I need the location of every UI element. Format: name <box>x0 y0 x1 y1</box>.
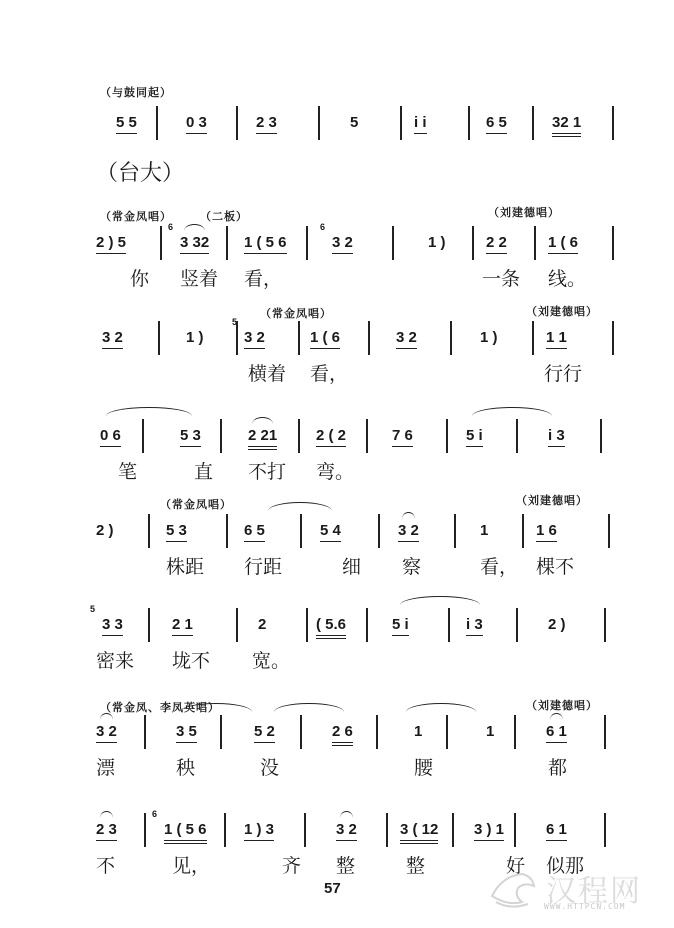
barline <box>148 608 150 642</box>
note-group: 0 6 <box>100 427 121 444</box>
barline <box>306 608 308 642</box>
barline <box>318 106 320 140</box>
tie-slur <box>550 713 563 720</box>
lyric-text: 你 <box>130 264 149 291</box>
note-group: 3 2 <box>396 329 417 346</box>
note-group: 5 2 <box>254 723 275 740</box>
note-digits: 3 ( 12 <box>400 821 438 838</box>
tie-slur <box>184 224 205 231</box>
lyric-text: 见， <box>172 851 210 878</box>
note-group: 3 326 <box>180 234 209 251</box>
note-digits: 1 <box>486 723 494 740</box>
barline <box>366 608 368 642</box>
dragon-logo-icon <box>488 866 538 910</box>
phrase-slur <box>274 703 344 712</box>
note-digits: 3 2 <box>96 723 117 740</box>
note-group: 2 6 <box>332 723 353 740</box>
barline <box>220 419 222 453</box>
grace-note: 6 <box>168 222 173 232</box>
note-group: i 3 <box>466 616 483 633</box>
singer-annotation: （刘建德唱） <box>526 303 598 319</box>
tie-slur <box>252 417 273 424</box>
barline <box>304 813 306 847</box>
note-group: 1 ) <box>480 329 498 346</box>
note-digits: 1 ) <box>186 329 204 346</box>
note-digits: ( 5.6 <box>316 616 346 633</box>
note-digits: 2 <box>258 616 266 633</box>
lyric-text: 不打 <box>248 457 286 484</box>
grace-note: 5 <box>90 604 95 614</box>
barline <box>534 226 536 260</box>
lyric-text: 行距 <box>244 552 282 579</box>
note-digits: 2 1 <box>172 616 193 633</box>
note-group: 5 3 <box>180 427 201 444</box>
note-group: 1 6 <box>536 522 557 539</box>
lyric-text: 线。 <box>548 264 586 291</box>
lyric-text: 直 <box>194 457 213 484</box>
lyric-text: 不 <box>96 851 115 878</box>
note-digits: 3 5 <box>176 723 197 740</box>
barline <box>224 813 226 847</box>
lyric-text: 行行 <box>544 359 582 386</box>
watermark-url: WWW.HTTPCN.COM <box>544 902 625 911</box>
barline <box>366 419 368 453</box>
note-digits: 3 2 <box>102 329 123 346</box>
note-digits: 2 6 <box>332 723 353 740</box>
score-page: （与鼓同起）5 50 32 35i i6 532 1（台大）（常金凤唱）（二板）… <box>0 0 674 928</box>
note-group: 5 5 <box>116 114 137 131</box>
singer-annotation: （常金凤唱） <box>100 208 172 224</box>
note-digits: 1 <box>480 522 488 539</box>
tie-slur <box>100 713 113 720</box>
lyric-text: 秧 <box>176 753 195 780</box>
note-group: 3 2 <box>398 522 419 539</box>
note-digits: 7 6 <box>392 427 413 444</box>
note-group: 2 ( 2 <box>316 427 346 444</box>
barline <box>298 419 300 453</box>
barline <box>378 514 380 548</box>
note-group: 2 1 <box>172 616 193 633</box>
lyric-text: 齐 <box>282 851 301 878</box>
note-digits: 2 3 <box>256 114 277 131</box>
barline <box>160 226 162 260</box>
phrase-slur <box>400 596 480 605</box>
note-group: ( 5.6 <box>316 616 346 633</box>
barline <box>532 321 534 355</box>
note-digits: 3 ) 1 <box>474 821 504 838</box>
note-group: 3 2 <box>102 329 123 346</box>
note-digits: 1 ( 5 6 <box>244 234 287 251</box>
barline <box>236 106 238 140</box>
note-digits: 1 1 <box>546 329 567 346</box>
note-digits: 5 5 <box>116 114 137 131</box>
note-digits: 3 2 <box>332 234 353 251</box>
note-group: 2 ) <box>548 616 566 633</box>
note-group: 2 <box>258 616 266 633</box>
barline <box>532 106 534 140</box>
note-group: i i <box>414 114 427 131</box>
note-group: 1 ) <box>428 234 446 251</box>
note-group: 1 ( 6 <box>548 234 578 251</box>
barline <box>236 608 238 642</box>
barline <box>604 608 606 642</box>
barline <box>400 106 402 140</box>
lyric-text: 整 <box>406 851 425 878</box>
phrase-slur <box>268 502 332 511</box>
note-group: 3 ) 1 <box>474 821 504 838</box>
lyric-text: 棵不 <box>536 552 574 579</box>
singer-annotation: （二板） <box>200 208 248 224</box>
note-digits: 3 3 <box>102 616 123 633</box>
barline <box>226 514 228 548</box>
lyric-text: 看， <box>310 359 348 386</box>
note-group: 5 3 <box>166 522 187 539</box>
note-group: 2 21 <box>248 427 277 444</box>
note-digits: 2 3 <box>96 821 117 838</box>
barline <box>450 321 452 355</box>
barline <box>298 321 300 355</box>
barline <box>468 106 470 140</box>
barline <box>608 514 610 548</box>
note-group: 3 25 <box>244 329 265 346</box>
phrase-slur <box>180 703 252 712</box>
note-digits: 6 5 <box>244 522 265 539</box>
note-group: 1 ( 5 6 <box>244 234 287 251</box>
lyric-text: 都 <box>548 753 567 780</box>
lyric-text: 横着 <box>248 359 286 386</box>
lyric-text: 密来 <box>96 646 134 673</box>
note-group: 3 35 <box>102 616 123 633</box>
note-digits: 1 ( 6 <box>548 234 578 251</box>
note-digits: 0 3 <box>186 114 207 131</box>
note-digits: 6 1 <box>546 821 567 838</box>
note-digits: i 3 <box>548 427 565 444</box>
barline <box>376 715 378 749</box>
note-digits: 1 ) <box>480 329 498 346</box>
note-digits: 3 2 <box>396 329 417 346</box>
lyric-text: 一条 <box>482 264 520 291</box>
note-digits: 32 1 <box>552 114 581 131</box>
note-digits: 3 32 <box>180 234 209 251</box>
barline <box>448 608 450 642</box>
note-group: 3 ( 12 <box>400 821 438 838</box>
barline <box>144 813 146 847</box>
note-digits: 1 ) 3 <box>244 821 274 838</box>
note-digits: 3 2 <box>244 329 265 346</box>
note-group: 5 i <box>466 427 483 444</box>
barline <box>368 321 370 355</box>
barline <box>220 715 222 749</box>
note-digits: 5 4 <box>320 522 341 539</box>
singer-annotation: （刘建德唱） <box>516 492 588 508</box>
barline <box>612 226 614 260</box>
note-digits: 1 ( 5 6 <box>164 821 207 838</box>
note-group: 1 ( 5 66 <box>164 821 207 838</box>
note-group: 2 3 <box>96 821 117 838</box>
note-digits: 5 3 <box>166 522 187 539</box>
lyric-text: 漂 <box>96 753 115 780</box>
note-digits: 0 6 <box>100 427 121 444</box>
lyric-text: 株距 <box>166 552 204 579</box>
barline <box>472 226 474 260</box>
note-group: 3 26 <box>332 234 353 251</box>
note-group: 2 3 <box>256 114 277 131</box>
note-group: 5 i <box>392 616 409 633</box>
note-digits: 3 2 <box>336 821 357 838</box>
lyric-text: 察 <box>402 552 421 579</box>
note-digits: 5 i <box>392 616 409 633</box>
lyric-text: 弯。 <box>316 457 354 484</box>
note-group: 7 6 <box>392 427 413 444</box>
barline <box>612 106 614 140</box>
barline <box>446 715 448 749</box>
barline <box>392 226 394 260</box>
lyric-text: 整 <box>336 851 355 878</box>
note-digits: 3 2 <box>398 522 419 539</box>
note-group: 2 ) 5 <box>96 234 126 251</box>
barline <box>306 226 308 260</box>
lyric-text: 笔 <box>118 457 137 484</box>
note-group: 2 ) <box>96 522 114 539</box>
phrase-slur <box>106 407 192 416</box>
page-number: 57 <box>324 880 341 897</box>
note-group: 5 4 <box>320 522 341 539</box>
barline <box>300 715 302 749</box>
barline <box>516 419 518 453</box>
barline <box>514 715 516 749</box>
barline <box>300 514 302 548</box>
note-group: 1 ( 6 <box>310 329 340 346</box>
note-group: 3 5 <box>176 723 197 740</box>
note-group: 3 2 <box>336 821 357 838</box>
singer-annotation: （常金凤唱） <box>160 496 232 512</box>
note-digits: 6 1 <box>546 723 567 740</box>
note-group: 1 <box>486 723 494 740</box>
lyric-text: 细 <box>342 552 361 579</box>
barline <box>148 514 150 548</box>
grace-note: 5 <box>232 317 237 327</box>
phrase-slur <box>406 703 476 712</box>
note-digits: 1 ) <box>428 234 446 251</box>
barline <box>226 226 228 260</box>
percussion-syllable: （台大） <box>96 156 184 187</box>
note-digits: 6 5 <box>486 114 507 131</box>
note-group: 5 <box>350 114 358 131</box>
note-group: i 3 <box>548 427 565 444</box>
note-group: 1 ) <box>186 329 204 346</box>
note-group: 6 5 <box>486 114 507 131</box>
note-digits: i 3 <box>466 616 483 633</box>
note-group: 1 1 <box>546 329 567 346</box>
barline <box>452 813 454 847</box>
barline <box>144 715 146 749</box>
note-group: 2 2 <box>486 234 507 251</box>
barline <box>446 419 448 453</box>
singer-annotation: （刘建德唱） <box>488 204 560 220</box>
tie-slur <box>402 512 415 519</box>
note-digits: 1 6 <box>536 522 557 539</box>
note-group: 3 2 <box>96 723 117 740</box>
barline <box>522 514 524 548</box>
note-group: 6 1 <box>546 821 567 838</box>
note-digits: 2 2 <box>486 234 507 251</box>
lyric-text: 宽。 <box>252 646 290 673</box>
barline <box>386 813 388 847</box>
barline <box>156 106 158 140</box>
note-digits: 5 2 <box>254 723 275 740</box>
note-group: 1 ) 3 <box>244 821 274 838</box>
lyric-text: 没 <box>260 753 279 780</box>
note-group: 6 5 <box>244 522 265 539</box>
barline <box>158 321 160 355</box>
tie-slur <box>100 811 113 818</box>
note-digits: 2 ) 5 <box>96 234 126 251</box>
barline <box>604 813 606 847</box>
barline <box>600 419 602 453</box>
note-digits: 2 ) <box>548 616 566 633</box>
barline <box>516 608 518 642</box>
note-digits: 2 ) <box>96 522 114 539</box>
grace-note: 6 <box>320 222 325 232</box>
lyric-text: 看， <box>480 552 518 579</box>
grace-note: 6 <box>152 809 157 819</box>
barline <box>142 419 144 453</box>
singer-annotation: （常金凤唱） <box>260 305 332 321</box>
note-digits: 5 <box>350 114 358 131</box>
note-digits: i i <box>414 114 427 131</box>
note-group: 6 1 <box>546 723 567 740</box>
lyric-text: 看， <box>244 264 282 291</box>
barline <box>604 715 606 749</box>
note-group: 1 <box>480 522 488 539</box>
note-group: 1 <box>414 723 422 740</box>
phrase-slur <box>472 407 552 416</box>
note-digits: 1 <box>414 723 422 740</box>
note-group: 32 1 <box>552 114 581 131</box>
lyric-text: 腰 <box>414 753 433 780</box>
note-digits: 1 ( 6 <box>310 329 340 346</box>
note-digits: 5 i <box>466 427 483 444</box>
note-digits: 2 21 <box>248 427 277 444</box>
note-group: 0 3 <box>186 114 207 131</box>
note-digits: 2 ( 2 <box>316 427 346 444</box>
lyric-text: 垅不 <box>172 646 210 673</box>
barline <box>612 321 614 355</box>
singer-annotation: （刘建德唱） <box>526 697 598 713</box>
note-digits: 5 3 <box>180 427 201 444</box>
barline <box>514 813 516 847</box>
singer-annotation: （与鼓同起） <box>100 84 172 100</box>
watermark: 汉程网 WWW.HTTPCN.COM <box>488 864 658 914</box>
barline <box>454 514 456 548</box>
lyric-text: 竖着 <box>180 264 218 291</box>
tie-slur <box>340 811 353 818</box>
